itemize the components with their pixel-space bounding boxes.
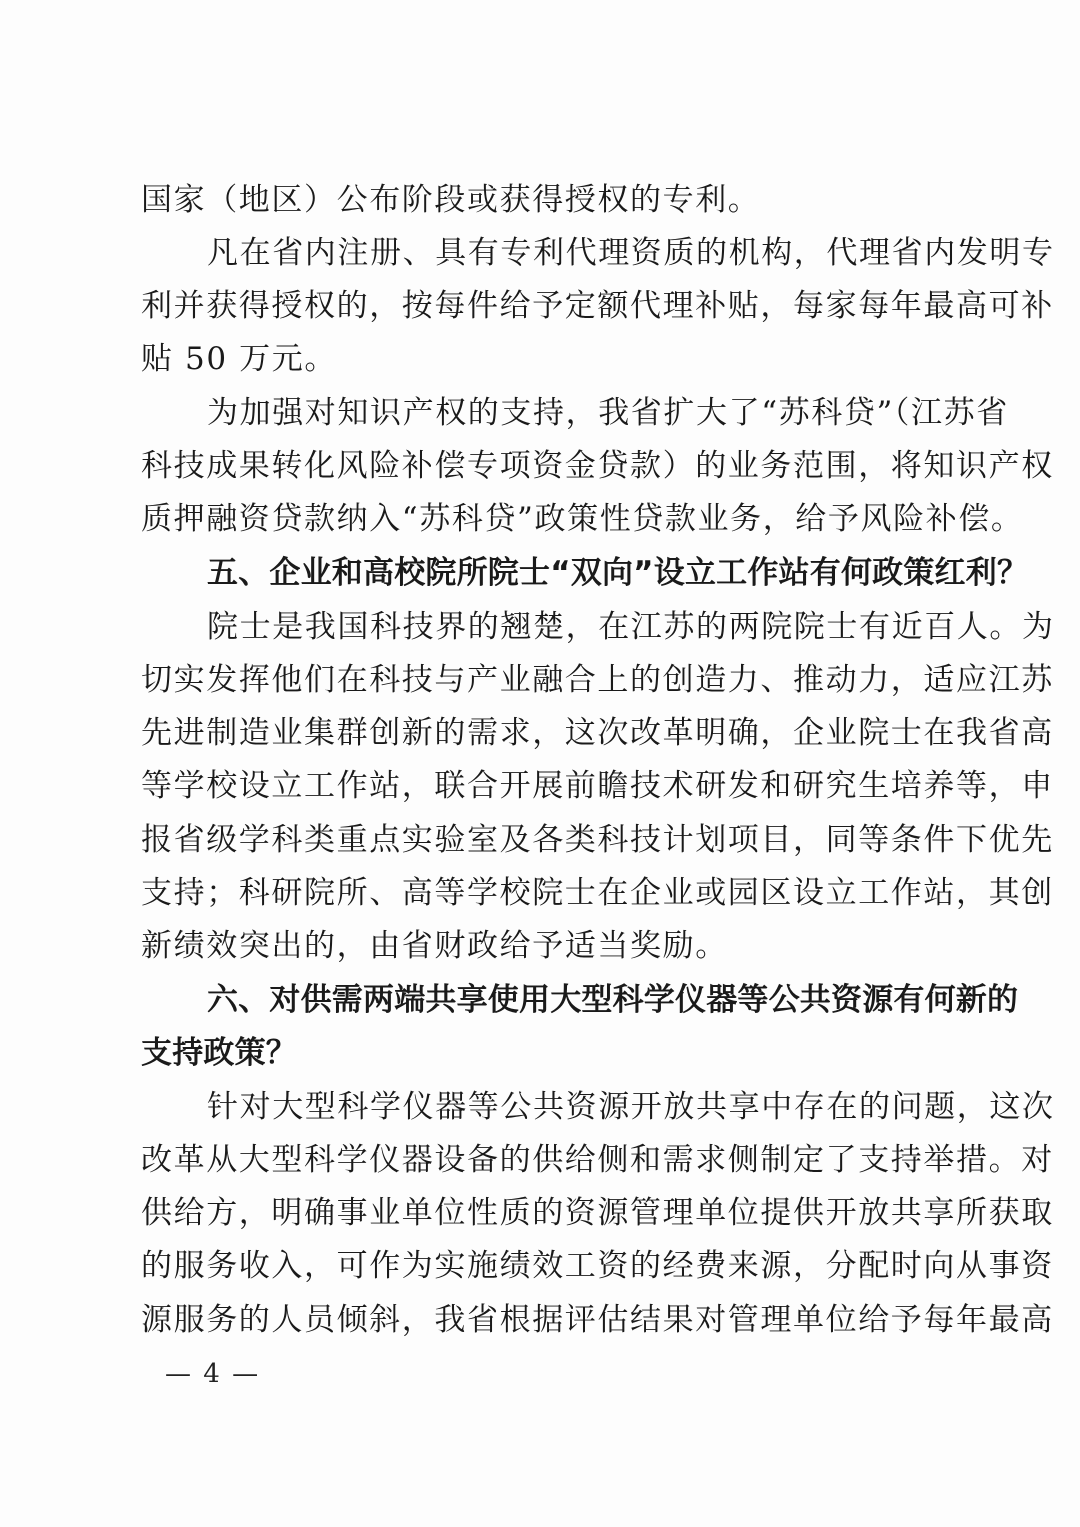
text-line: 切实发挥他们在科技与产业融合上的创造力、推动力，适应江苏 bbox=[141, 660, 943, 700]
text-line: 针对大型科学仪器等公共资源开放共享中存在的问题，这次 bbox=[141, 1087, 943, 1127]
text-line: 利并获得授权的，按每件给予定额代理补贴，每家每年最高可补 bbox=[141, 286, 943, 326]
text-line: 质押融资贷款纳入“苏科贷”政策性贷款业务，给予风险补偿。 bbox=[141, 499, 943, 539]
text-line: 报省级学科类重点实验室及各类科技计划项目，同等条件下优先 bbox=[141, 820, 943, 860]
text-line: 为加强对知识产权的支持，我省扩大了“苏科贷”（江苏省 bbox=[141, 393, 943, 433]
text-line: 供给方，明确事业单位性质的资源管理单位提供开放共享所获取 bbox=[141, 1193, 943, 1233]
section-heading-6: 六、对供需两端共享使用大型科学仪器等公共资源有何新的 bbox=[141, 980, 943, 1020]
text-line: 的服务收入，可作为实施绩效工资的经费来源，分配时向从事资 bbox=[141, 1246, 943, 1286]
text-line: 新绩效突出的，由省财政给予适当奖励。 bbox=[141, 926, 943, 966]
text-line: 科技成果转化风险补偿专项资金贷款）的业务范围，将知识产权 bbox=[141, 446, 943, 486]
text-line: 凡在省内注册、具有专利代理资质的机构，代理省内发明专 bbox=[141, 233, 943, 273]
text-line: 支持；科研院所、高等学校院士在企业或园区设立工作站，其创 bbox=[141, 873, 943, 913]
text-line: 贴 50 万元。 bbox=[141, 339, 943, 379]
text-line: 先进制造业集群创新的需求，这次改革明确，企业院士在我省高 bbox=[141, 713, 943, 753]
page-number: — 4 — bbox=[165, 1356, 260, 1392]
section-heading-6-cont: 支持政策？ bbox=[141, 1033, 943, 1073]
text-line: 改革从大型科学仪器设备的供给侧和需求侧制定了支持举措。对 bbox=[141, 1140, 943, 1180]
text-line: 等学校设立工作站，联合开展前瞻技术研发和研究生培养等，申 bbox=[141, 766, 943, 806]
text-line: 国家（地区）公布阶段或获得授权的专利。 bbox=[141, 180, 943, 220]
text-line: 源服务的人员倾斜，我省根据评估结果对管理单位给予每年最高 bbox=[141, 1300, 943, 1340]
text-line: 院士是我国科技界的翘楚，在江苏的两院院士有近百人。为 bbox=[141, 607, 943, 647]
section-heading-5: 五、企业和高校院所院士“双向”设立工作站有何政策红利？ bbox=[141, 553, 943, 593]
document-page: 国家（地区）公布阶段或获得授权的专利。 凡在省内注册、具有专利代理资质的机构，代… bbox=[0, 0, 1080, 1527]
